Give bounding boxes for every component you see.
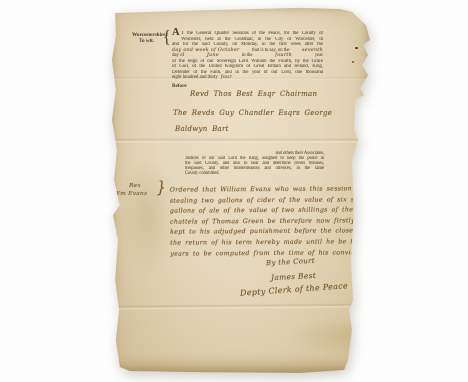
handwritten-order-paragraph: Ordered that William Evans who was this … [170, 184, 354, 259]
opening-paragraph: A T the General Quarter Sessions of the … [172, 31, 323, 81]
fold-crease [108, 303, 372, 310]
fold-crease [108, 138, 372, 143]
paper-stain [288, 316, 408, 356]
year-label: year [315, 53, 323, 59]
document-paper: Worcestershire, To wit. { A T the Genera… [108, 6, 372, 374]
opening-line-7: of God, of the United Kingdom of Great B… [172, 64, 323, 70]
associates-paragraph: and others their Associates, Justices of… [185, 151, 324, 176]
opening-line-9: eight hundred and thirty four [172, 75, 323, 81]
photo-background: Worcestershire, To wit. { A T the Genera… [0, 0, 468, 382]
order-line-7: years to be computed from the time of hi… [170, 248, 353, 260]
by-the-court-inscription: By the Court [266, 257, 315, 268]
torn-edge-speck [355, 47, 358, 49]
day-of-label: day of [172, 53, 184, 59]
opening-line-1: T the General Quarter Sessions of the Pe… [172, 31, 323, 37]
in-the-label: in the [242, 53, 253, 59]
document-shadow: Worcestershire, To wit. { A T the Genera… [0, 0, 468, 382]
clerk-signature: James Best [271, 271, 316, 282]
order-line-6: the return of his term hereby made until… [170, 237, 353, 249]
handwritten-justice-name: Revd Thos Best Esqr Chairman [190, 90, 360, 98]
handwritten-regnal-year-fill: fourth [275, 53, 292, 59]
opening-brace-icon: { [163, 28, 171, 49]
associates-line-4: County committed. [185, 171, 324, 176]
order-line-1: Ordered that William Evans who was this … [170, 184, 353, 196]
opening-line-9-print: eight hundred and thirty [172, 75, 218, 81]
handwritten-justice-name: Baldwyn Bart [175, 125, 229, 133]
handwritten-justice-name: The Revds Guy Chandler Esqrs George [173, 109, 353, 117]
handwritten-year-fill: four [221, 75, 232, 81]
before-label: Before [172, 83, 187, 89]
drop-cap-initial: A [172, 30, 179, 36]
clerk-title-inscription: Depty Clerk of the Peace [240, 281, 348, 298]
handwritten-month-fill: June [207, 53, 219, 59]
closing-brace-icon: } [157, 184, 166, 193]
torn-edge-speck [352, 61, 354, 63]
case-margin-note: Rex Wm Evans } [114, 182, 166, 198]
